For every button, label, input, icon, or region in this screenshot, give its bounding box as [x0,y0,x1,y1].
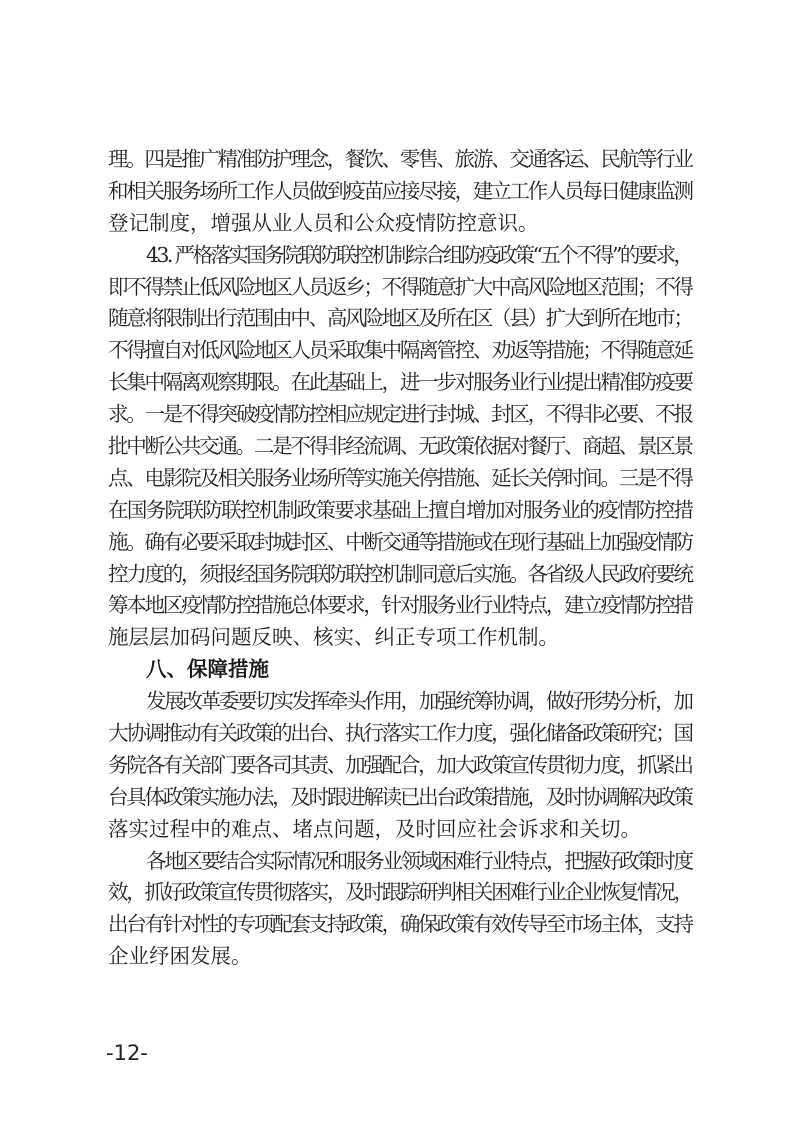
section-heading: 八、保障措施 [108,654,694,686]
text-line: 批中断公共交通。二是不得非经流调、无政策依据对餐厅、商超、景区景 [108,431,694,463]
document-page: 理。四是推广精准防护理念，餐饮、零售、旅游、交通客运、民航等行业 和相关服务场所… [0,0,793,1122]
paragraph-ndrc: 发展改革委要切实发挥牵头作用，加强统筹协调，做好形势分析，加 大协调推动有关政策… [108,686,694,845]
text-line: 求。一是不得突破疫情防控相应规定进行封城、封区，不得非必要、不报 [108,399,694,431]
text-line: 台具体政策实施办法，及时跟进解读已出台政策措施，及时协调解决政策 [108,782,694,814]
text-line: 务院各有关部门要各司其责、加强配合，加大政策宣传贯彻力度，抓紧出 [108,750,694,782]
text-line: 点、电影院及相关服务业场所等实施关停措施、延长关停时间。三是不得 [108,463,694,495]
text-line: 即不得禁止低风险地区人员返乡；不得随意扩大中高风险地区范围；不得 [108,272,694,304]
text-line: 不得擅自对低风险地区人员采取集中隔离管控、劝返等措施；不得随意延 [108,335,694,367]
text-line: 施。确有必要采取封城封区、中断交通等措施或在现行基础上加强疫情防 [108,527,694,559]
paragraph-item-43: 43. 严格落实国务院联防联控机制综合组防疫政策“五个不得”的要求， 即不得禁止… [108,240,694,655]
text-line: 大协调推动有关政策的出台、执行落实工作力度，强化储备政策研究；国 [108,718,694,750]
text-line-first: 各地区要结合实际情况和服务业领域困难行业特点，把握好政策时度 [108,846,694,878]
text-line: 控力度的，须报经国务院联防联控机制同意后实施。各省级人民政府要统 [108,559,694,591]
text-line: 登记制度，增强从业人员和公众疫情防控意识。 [108,208,694,240]
text-line: 出台有针对性的专项配套支持政策，确保政策有效传导至市场主体，支持 [108,909,694,941]
text-line: 筹本地区疫情防控措施总体要求，针对服务业行业特点，建立疫情防控措 [108,590,694,622]
page-number: -12- [106,1040,148,1066]
text-line: 落实过程中的难点、堵点问题，及时回应社会诉求和关切。 [108,814,694,846]
paragraph-regions: 各地区要结合实际情况和服务业领域困难行业特点，把握好政策时度 效，抓好政策宣传贯… [108,846,694,974]
text-line: 随意将限制出行范围由中、高风险地区及所在区（县）扩大到所在地市； [108,303,694,335]
text-line: 理。四是推广精准防护理念，餐饮、零售、旅游、交通客运、民航等行业 [108,144,694,176]
text-line: 长集中隔离观察期限。在此基础上，进一步对服务业行业提出精准防疫要 [108,367,694,399]
text-line-first: 43. 严格落实国务院联防联控机制综合组防疫政策“五个不得”的要求， [108,240,694,272]
text-line: 在国务院联防联控机制政策要求基础上擅自增加对服务业的疫情防控措 [108,495,694,527]
paragraph-continuation: 理。四是推广精准防护理念，餐饮、零售、旅游、交通客运、民航等行业 和相关服务场所… [108,144,694,240]
text-line: 和相关服务场所工作人员做到疫苗应接尽接，建立工作人员每日健康监测 [108,176,694,208]
text-line: 企业纾困发展。 [108,941,694,973]
text-line-first: 发展改革委要切实发挥牵头作用，加强统筹协调，做好形势分析，加 [108,686,694,718]
text-line: 施层层加码问题反映、核实、纠正专项工作机制。 [108,622,694,654]
text-line: 效，抓好政策宣传贯彻落实，及时跟踪研判相关困难行业企业恢复情况， [108,877,694,909]
document-body: 理。四是推广精准防护理念，餐饮、零售、旅游、交通客运、民航等行业 和相关服务场所… [108,144,694,973]
